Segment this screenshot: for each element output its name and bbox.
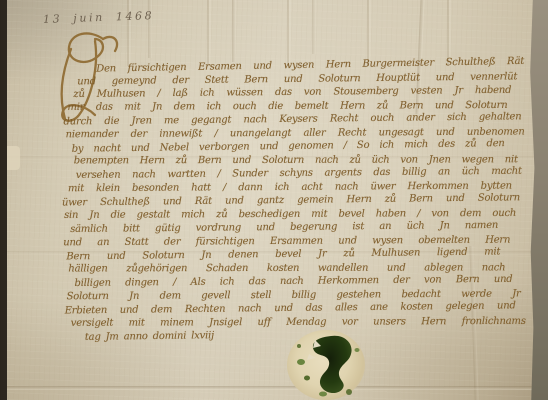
manuscript-line: tag Jm anno domini lxviij bbox=[85, 329, 311, 345]
manuscript-page: 13 juin 1468 Den fürsichtigen Ersamen un… bbox=[7, 0, 536, 400]
wax-seal bbox=[293, 332, 363, 398]
manuscript-text: Den fürsichtigen Ersamen und wysen Hern … bbox=[6, 0, 537, 400]
photo-background: 13 juin 1468 Den fürsichtigen Ersamen un… bbox=[0, 0, 548, 400]
manuscript-line: versigelt mit minem Jnsigel uff Mendag v… bbox=[71, 315, 526, 330]
